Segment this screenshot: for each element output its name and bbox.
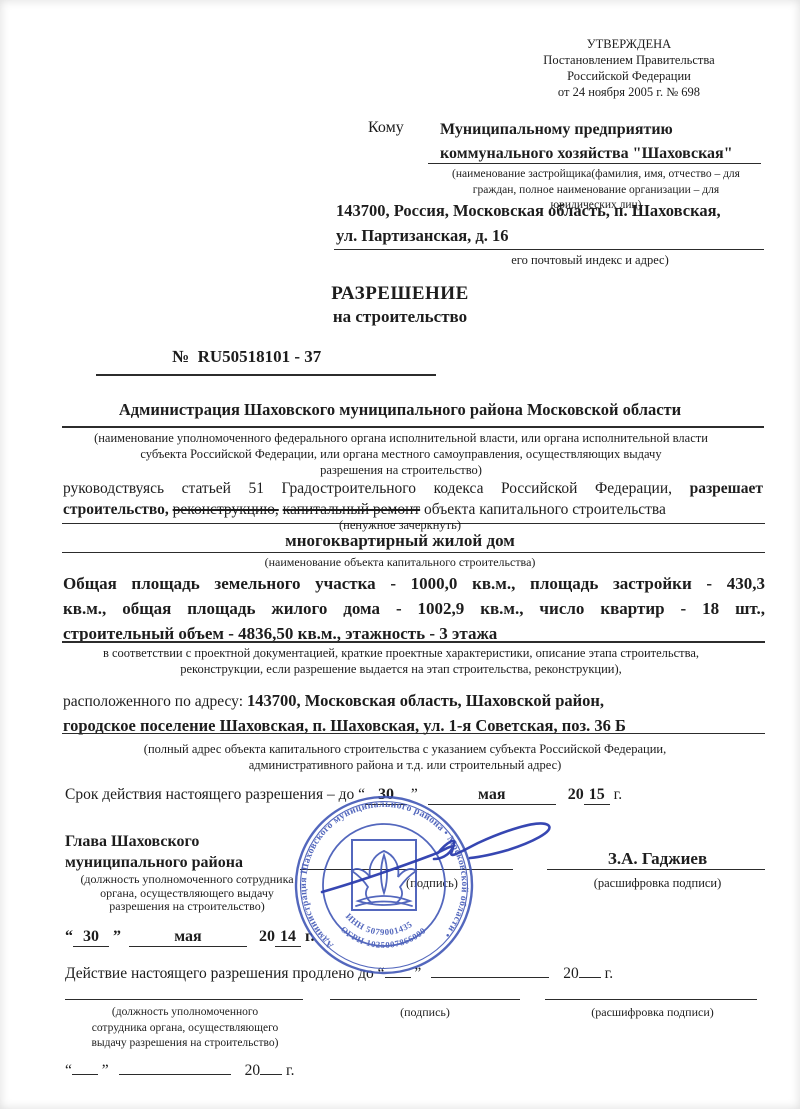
bottom-date-row: “ ”20 г. — [65, 1062, 295, 1080]
object-underline — [62, 552, 765, 553]
caption-line: сотрудника органа, осуществляющего — [55, 1021, 315, 1037]
official-name: З.А. Гаджиев — [555, 849, 760, 869]
specs-paragraph: Общая площадь земельного участка - 1000,… — [63, 571, 765, 646]
permission-intro: руководствуясь статьей 51 Градостроитель… — [63, 480, 763, 498]
approval-line: УТВЕРЖДЕНА — [478, 36, 780, 52]
quote-mark: ” — [411, 786, 418, 803]
addressee-underline — [428, 163, 761, 164]
caption-line: граждан, полное наименование организации… — [430, 183, 762, 199]
extension-row: Действие настоящего разрешения продлено … — [65, 965, 613, 983]
stamp-ogrn-text: ОГРН 1025007866000 — [339, 924, 428, 950]
bottom-month-blank — [119, 1074, 231, 1075]
caption-line: реконструкции, если разрешение выдается … — [45, 661, 757, 677]
validity-year-prefix: 20 — [568, 786, 584, 803]
extension-year-prefix: 20 — [563, 965, 579, 982]
caption-line: выдачу разрешения на строительство) — [55, 1036, 315, 1052]
extension-text: Действие настоящего разрешения продлено … — [65, 965, 385, 982]
stamp-ring-text: Администрация Шаховского муниципального … — [298, 799, 470, 951]
extension-mid-line — [330, 999, 520, 1000]
name-line — [547, 869, 765, 870]
addressee-name-line: Муниципальному предприятию — [440, 118, 762, 142]
extension-suffix: г. — [605, 965, 613, 982]
document-title: РАЗРЕШЕНИЕ — [0, 283, 800, 305]
address-line: ул. Партизанская, д. 16 — [336, 224, 766, 249]
extension-month-blank — [431, 977, 549, 978]
address-underline — [334, 249, 764, 250]
quote-mark: “ — [65, 1062, 72, 1079]
addressee-name-line: коммунального хозяйства "Шаховская" — [440, 142, 762, 166]
approval-line: Постановлением Правительства — [478, 52, 780, 68]
permission-object-text: объекта капитального строительства — [424, 501, 666, 518]
svg-text:Администрация Шаховского муниц: Администрация Шаховского муниципального … — [298, 799, 470, 951]
permit-number-underline — [96, 374, 436, 376]
issue-year-prefix: 20 — [259, 928, 275, 945]
validity-row: Срок действия настоящего разрешения – до… — [65, 786, 622, 805]
caption-line: в соответствии с проектной документацией… — [45, 645, 757, 661]
validity-suffix: г. — [614, 786, 622, 803]
address-caption: его почтовый индекс и адрес) — [420, 252, 760, 268]
issue-date-suffix: г. — [305, 928, 314, 945]
authority-caption: (наименование уполномоченного федерально… — [40, 430, 762, 478]
bottom-day-blank — [72, 1074, 98, 1075]
object-caption: (наименование объекта капитального строи… — [0, 555, 800, 570]
permit-number-label: № — [172, 347, 189, 366]
approval-block: УТВЕРЖДЕНА Постановлением Правительства … — [478, 36, 780, 100]
location-block: расположенного по адресу: 143700, Москов… — [63, 689, 765, 738]
quote-mark: ” — [113, 928, 121, 945]
construction-permit-document: УТВЕРЖДЕНА Постановлением Правительства … — [0, 0, 800, 1109]
permit-number: № RU50518101 - 37 — [172, 347, 321, 367]
permission-intro-text: руководствуясь статьей 51 Градостроитель… — [63, 480, 672, 497]
extension-right-caption: (расшифровка подписи) — [555, 1005, 750, 1020]
permission-type-struck: реконструкцию, — [173, 501, 279, 518]
quote-mark: ” — [102, 1062, 109, 1079]
extension-day-blank — [385, 977, 411, 978]
authority-underline — [62, 426, 764, 428]
name-caption: (расшифровка подписи) — [560, 876, 755, 891]
caption-line: (должность уполномоченного — [55, 1005, 315, 1021]
validity-year-field: 15 — [584, 786, 610, 805]
caption-line: разрешения на строительство) — [58, 900, 316, 914]
validity-day-field: 30 — [365, 786, 407, 805]
specs-caption: в соответствии с проектной документацией… — [45, 645, 757, 677]
authority-name: Администрация Шаховского муниципального … — [0, 400, 800, 420]
addressee-address: 143700, Россия, Московская область, п. Ш… — [336, 199, 766, 248]
caption-line: (наименование застройщика(фамилия, имя, … — [430, 167, 762, 183]
extension-right-line — [545, 999, 757, 1000]
permission-intro-verb: разрешает — [690, 480, 763, 497]
extension-mid-caption: (подпись) — [355, 1005, 495, 1020]
quote-mark: ” — [414, 965, 421, 982]
addressee-label: Кому — [368, 119, 404, 137]
bottom-year-prefix: 20 — [245, 1062, 261, 1079]
caption-line: субъекта Российской Федерации, или орган… — [40, 446, 762, 462]
issue-month-field: мая — [129, 928, 247, 947]
addressee-name: Муниципальному предприятию коммунального… — [440, 118, 762, 165]
stamp-emblem-frame — [352, 840, 416, 910]
bottom-date-suffix: г. — [286, 1062, 294, 1079]
issue-day-field: 30 — [73, 928, 109, 947]
approval-line: от 24 ноября 2005 г. № 698 — [478, 84, 780, 100]
svg-text:ОГРН 1025007866000: ОГРН 1025007866000 — [339, 924, 428, 950]
specs-underline — [62, 641, 765, 643]
validity-prefix: Срок действия настоящего разрешения – до… — [65, 786, 365, 803]
location-value: городское поселение Шаховская, п. Шаховс… — [63, 714, 765, 738]
bottom-year-blank — [260, 1074, 282, 1075]
stamp-inn-text: ИНН 5079001435 — [344, 911, 414, 937]
svg-text:ИНН 5079001435: ИНН 5079001435 — [344, 911, 414, 937]
caption-line: разрешения на строительство) — [40, 462, 762, 478]
specs-line: кв.м., общая площадь жилого дома - 1002,… — [63, 596, 765, 621]
signature-line — [300, 869, 513, 870]
address-line: 143700, Россия, Московская область, п. Ш… — [336, 199, 766, 224]
caption-line: (полный адрес объекта капитального строи… — [60, 741, 750, 757]
sign-caption: (подпись) — [357, 876, 507, 891]
approval-line: Российской Федерации — [478, 68, 780, 84]
issue-year-field: 14 — [275, 928, 301, 947]
permission-type-struck: капитальный ремонт — [283, 501, 420, 518]
location-caption: (полный адрес объекта капитального строи… — [60, 741, 750, 773]
caption-line: (должность уполномоченного сотрудника — [58, 873, 316, 887]
caption-line: административного района и т.д. или стро… — [60, 757, 750, 773]
handwritten-signature — [280, 795, 590, 925]
quote-mark: “ — [65, 928, 73, 945]
permission-type-kept: строительство, — [63, 501, 169, 518]
position-caption: (должность уполномоченного сотрудника ор… — [58, 873, 316, 914]
official-position: Глава Шаховского муниципального района — [65, 831, 243, 873]
location-underline — [62, 733, 765, 734]
location-label: расположенного по адресу: — [63, 693, 243, 710]
caption-line: органа, осуществляющего выдачу — [58, 887, 316, 901]
document-subtitle: на строительство — [0, 307, 800, 327]
location-value: 143700, Московская область, Шаховской ра… — [247, 691, 604, 710]
permit-number-value: RU50518101 - 37 — [198, 347, 322, 366]
position-line: Глава Шаховского — [65, 831, 243, 852]
specs-line: Общая площадь земельного участка - 1000,… — [63, 571, 765, 596]
object-name: многоквартирный жилой дом — [0, 531, 800, 551]
extension-left-caption: (должность уполномоченного сотрудника ор… — [55, 1005, 315, 1052]
validity-month-field: мая — [428, 786, 556, 805]
official-stamp: Администрация Шаховского муниципального … — [286, 793, 486, 993]
extension-year-blank — [579, 977, 601, 978]
extension-left-line — [65, 999, 303, 1000]
issue-date-row: “30 ”мая2014 г. — [65, 928, 314, 947]
position-line: муниципального района — [65, 852, 243, 873]
caption-line: (наименование уполномоченного федерально… — [40, 430, 762, 446]
